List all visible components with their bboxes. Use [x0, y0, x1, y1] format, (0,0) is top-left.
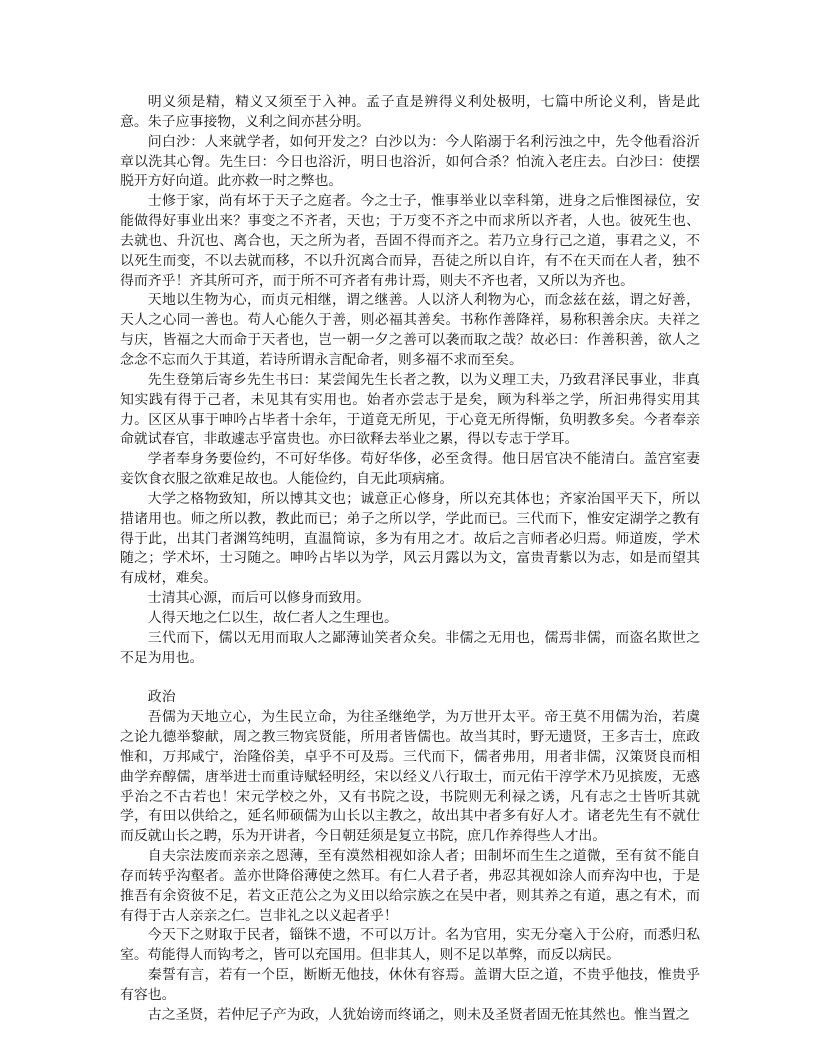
paragraph: 学者奉身务要俭约，不可好华侈。苟好华侈，必至贪得。他日居官决不能清白。盖宫室妻妾…	[120, 450, 700, 490]
paragraph: 士修于家，尚有坏于天子之庭者。今之士子，惟事举业以幸科第，进身之后惟图禄位，安能…	[120, 192, 700, 291]
paragraph: 大学之格物致知，所以博其文也；诚意正心修身，所以充其体也；齐家治国平天下，所以措…	[120, 490, 700, 589]
paragraph: 先生登第后寄乡先生书曰：某尝闻先生长者之教，以为义理工夫，乃致君泽民事业，非真知…	[120, 371, 700, 450]
paragraph: 明义须是精，精义又须至于入神。孟子直是辨得义利处极明，七篇中所论义利，皆是此意。…	[120, 93, 700, 133]
paragraph: 秦誓有言，若有一个臣，断断无他技，休休有容焉。盖谓大臣之道，不贵乎他技，惟贵乎有…	[120, 966, 700, 1006]
paragraph: 士清其心源，而后可以修身而致用。	[120, 589, 700, 609]
paragraph: 天地以生物为心，而贞元相继，谓之继善。人以济人利物为心，而念兹在兹，谓之好善，天…	[120, 291, 700, 370]
paragraph: 古之圣贤，若仲尼子产为政，人犹始谤而终诵之，则未及圣贤者固无恠其然也。惟当置之	[120, 1006, 700, 1026]
paragraph: 人得天地之仁以生，故仁者人之生理也。	[120, 609, 700, 629]
paragraph: 自夫宗法废而亲亲之恩薄，至有漠然相视如涂人者；田制坏而生生之道微，至有贫不能自存…	[120, 847, 700, 926]
section-heading-politics: 政治	[120, 688, 700, 708]
paragraph: 吾儒为天地立心，为生民立命，为往圣继绝学，为万世开太平。帝王莫不用儒为治，若虞之…	[120, 708, 700, 847]
section-gap	[120, 668, 700, 688]
paragraph: 问白沙：人来就学者，如何开发之？白沙以为：今人陷溺于名利污浊之中，先令他看浴沂章…	[120, 133, 700, 193]
paragraph: 今天下之财取于民者，锱铢不遗，不可以万计。名为官用，实无分毫入于公府，而悉归私室…	[120, 926, 700, 966]
document-page: 明义须是精，精义又须至于入神。孟子直是辨得义利处极明，七篇中所论义利，皆是此意。…	[120, 93, 700, 1026]
paragraph: 三代而下，儒以无用而取人之鄙薄讪笑者众矣。非儒之无用也，儒焉非儒，而盗名欺世之不…	[120, 629, 700, 669]
